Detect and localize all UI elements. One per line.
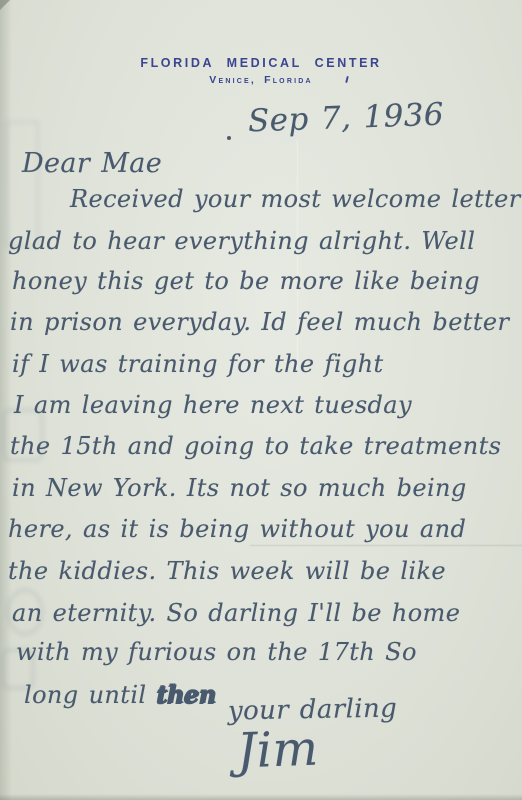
stray-ink-dot [227,136,231,140]
letter-line: in prison everyday. Id feel much better [10,308,509,336]
letter-line: honey this get to be more like being [12,267,480,295]
letter-date: Sep 7, 1936 [247,97,444,140]
letter-line: Received your most welcome letter [70,185,521,213]
letter-line-final: long until then [24,680,216,709]
letter-line: in New York. Its not so much being [12,474,467,502]
letter-salutation: Dear Mae [22,148,162,179]
letter-line: the kiddies. This week will be like [8,557,446,585]
scribbled-correction: then [157,680,216,709]
letter-line: glad to hear everything alright. Well [8,227,475,255]
letterhead-location: Venice, Florida [0,74,522,86]
letter-line-final-text: long until [24,681,157,709]
letter-line: if I was training for the fight [12,350,384,378]
letter-line: here, as it is being without you and [8,515,466,543]
paper-crease [250,545,522,546]
letter-line: with my furious on the 17th So [16,638,417,666]
letterhead-name: FLORIDA MEDICAL CENTER [0,56,522,70]
scan-corner-mark [0,0,10,10]
letter-line: an eternity. So darling I'll be home [12,599,460,627]
letter-signature: Jim [236,721,319,780]
letter-line: the 15th and going to take treatments [10,432,501,460]
scan-edge-shadow-bottom [0,794,522,800]
letter-line: I am leaving here next tuesday [14,391,412,419]
letter-scan: FLORIDA MEDICAL CENTER Venice, Florida S… [0,0,522,800]
